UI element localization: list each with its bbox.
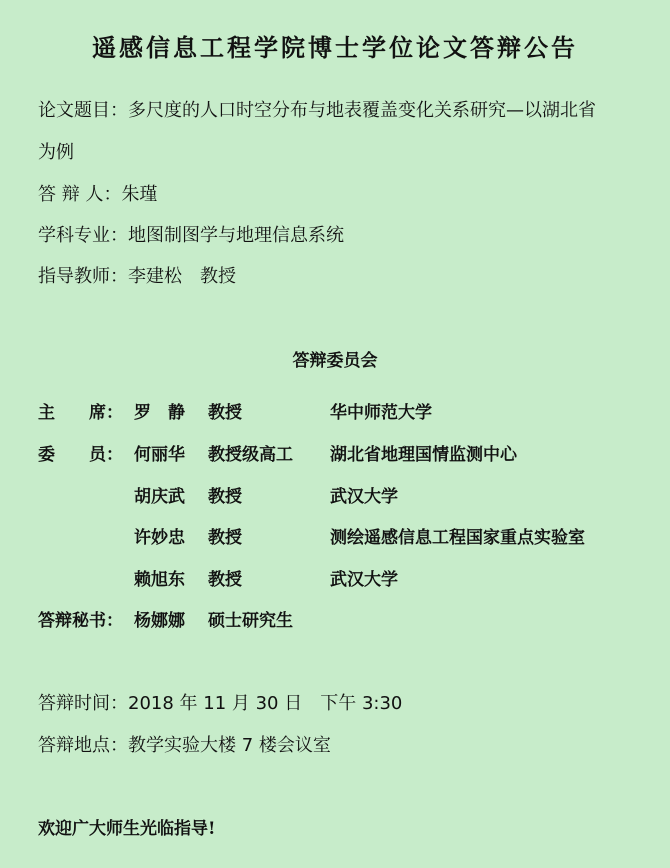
committee-heading: 答辩委员会 [0, 346, 670, 371]
member-org: 武汉大学 [330, 565, 398, 590]
time-label: 答辩时间： [38, 693, 128, 714]
candidate-line: 答 辩 人：朱瑾 [38, 180, 157, 206]
role-label: 答辩秘书： [38, 606, 123, 631]
closing-message: 欢迎广大师生光临指导! [38, 814, 215, 839]
advisor-line: 指导教师：李建松 教授 [38, 262, 236, 288]
defense-time-line: 答辩时间：2018 年 11 月 30 日 下午 3:30 [38, 689, 402, 715]
candidate-label: 答 辩 人： [38, 184, 121, 205]
candidate-name: 朱瑾 [121, 184, 157, 205]
defense-place-line: 答辩地点：教学实验大楼 7 楼会议室 [38, 731, 331, 757]
thesis-title: 多尺度的人口时空分布与地表覆盖变化关系研究—以湖北省 [128, 100, 596, 121]
member-name: 何丽华 [134, 440, 185, 465]
thesis-label: 论文题目： [38, 100, 128, 121]
major-label: 学科专业： [38, 225, 128, 246]
page-title: 遥感信息工程学院博士学位论文答辩公告 [0, 28, 670, 63]
member-org: 武汉大学 [330, 482, 398, 507]
member-title: 教授 [208, 482, 242, 507]
advisor-value: 李建松 教授 [128, 266, 236, 287]
place-value: 教学实验大楼 7 楼会议室 [128, 735, 331, 756]
member-name: 许妙忠 [134, 523, 185, 548]
role-label: 主 席： [38, 398, 123, 423]
advisor-label: 指导教师： [38, 266, 128, 287]
member-name: 罗 静 [134, 398, 185, 423]
member-org: 华中师范大学 [330, 398, 432, 423]
member-org: 湖北省地理国情监测中心 [330, 440, 517, 465]
secretary-title: 硕士研究生 [208, 606, 293, 631]
member-org: 测绘遥感信息工程国家重点实验室 [330, 523, 585, 548]
time-value: 2018 年 11 月 30 日 下午 3:30 [128, 693, 402, 714]
member-title: 教授 [208, 523, 242, 548]
member-name: 胡庆武 [134, 482, 185, 507]
member-title: 教授 [208, 398, 242, 423]
member-title: 教授级高工 [208, 440, 293, 465]
thesis-title-continued: 为例 [38, 138, 74, 164]
secretary-name: 杨娜娜 [134, 606, 185, 631]
thesis-title-line: 论文题目：多尺度的人口时空分布与地表覆盖变化关系研究—以湖北省 [38, 96, 596, 122]
member-title: 教授 [208, 565, 242, 590]
member-name: 赖旭东 [134, 565, 185, 590]
place-label: 答辩地点： [38, 735, 128, 756]
major-value: 地图制图学与地理信息系统 [128, 225, 344, 246]
role-label: 委 员： [38, 440, 123, 465]
major-line: 学科专业：地图制图学与地理信息系统 [38, 221, 344, 247]
